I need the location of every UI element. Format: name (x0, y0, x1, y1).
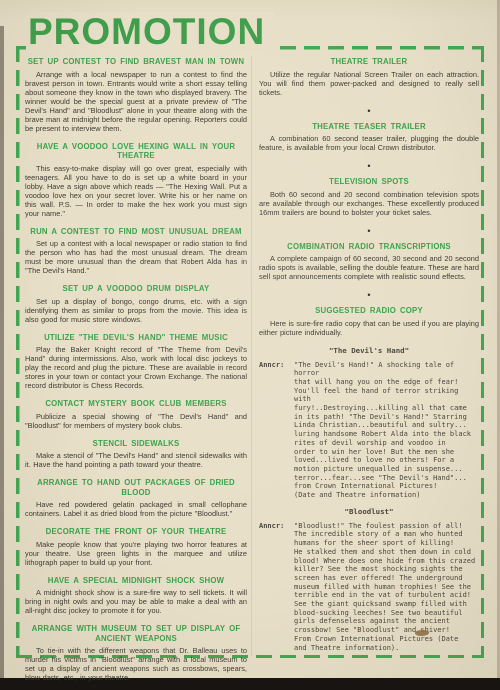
section-heading: UTILIZE "THE DEVIL'S HAND" THEME MUSIC (25, 333, 247, 343)
scan-left-edge (0, 26, 4, 678)
section-body: Arrange with a local newspaper to run a … (25, 70, 247, 133)
promo-section-radio-transcriptions: COMBINATION RADIO TRANSCRIPTIONS A compl… (259, 242, 479, 282)
radio-copy-devils-hand: "The Devil's Hand" Anncr: "The Devil's H… (259, 346, 479, 500)
section-body: A midnight shock show is a sure-fire way… (25, 588, 247, 615)
announcer-label: Anncr: (259, 522, 294, 653)
section-body: Both 60 second and 20 second combination… (259, 190, 479, 217)
promo-section-theme-music: UTILIZE "THE DEVIL'S HAND" THEME MUSIC P… (25, 333, 247, 391)
section-heading: SET UP CONTEST TO FIND BRAVEST MAN IN TO… (25, 57, 247, 67)
promo-section-voodoo-drum: SET UP A VOODOO DRUM DISPLAY Set up a di… (25, 284, 247, 324)
radio-copy-title: "Bloodlust" (259, 507, 479, 516)
section-heading: HAVE A SPECIAL MIDNIGHT SHOCK SHOW (25, 576, 247, 586)
promo-section-decorate-front: DECORATE THE FRONT OF YOUR THEATRE Make … (25, 527, 247, 567)
promo-section-book-club: CONTACT MYSTERY BOOK CLUB MEMBERS Public… (25, 399, 247, 430)
section-heading: HAVE A VOODOO LOVE HEXING WALL IN YOUR T… (25, 142, 247, 161)
section-body: A complete campaign of 60 second, 30 sec… (259, 254, 479, 281)
promo-section-midnight-show: HAVE A SPECIAL MIDNIGHT SHOCK SHOW A mid… (25, 576, 247, 616)
radio-copy-text: "The Devil's Hand!" A shocking tale of h… (294, 361, 479, 500)
section-heading: SUGGESTED RADIO COPY (259, 306, 479, 316)
radio-copy-title: "The Devil's Hand" (259, 346, 479, 355)
promo-section-unusual-dream: RUN A CONTEST TO FIND MOST UNUSUAL DREAM… (25, 227, 247, 276)
bullet-icon: • (259, 106, 479, 116)
pressbook-page: PROMOTION SET UP CONTEST TO FIND BRAVEST… (0, 0, 500, 678)
page-title: PROMOTION (26, 12, 274, 54)
promo-section-hexing-wall: HAVE A VOODOO LOVE HEXING WALL IN YOUR T… (25, 142, 247, 218)
section-heading: ARRANGE TO HAND OUT PACKAGES OF DRIED BL… (25, 478, 247, 497)
section-heading: THEATRE TRAILER (259, 57, 479, 67)
promo-section-theatre-trailer: THEATRE TRAILER Utilize the regular Nati… (259, 57, 479, 97)
right-column: THEATRE TRAILER Utilize the regular Nati… (259, 57, 479, 652)
section-body: Set up a display of bongo, congo drums, … (25, 297, 247, 324)
section-body: Set up a contest with a local newspaper … (25, 239, 247, 275)
promo-section-museum-weapons: ARRANGE WITH MUSEUM TO SET UP DISPLAY OF… (25, 624, 247, 682)
section-heading: RUN A CONTEST TO FIND MOST UNUSUAL DREAM (25, 227, 247, 237)
section-body: This easy-to-make display will go over g… (25, 164, 247, 218)
section-heading: SET UP A VOODOO DRUM DISPLAY (25, 284, 247, 294)
section-body: Make people know that you're playing two… (25, 540, 247, 567)
promo-section-dried-blood: ARRANGE TO HAND OUT PACKAGES OF DRIED BL… (25, 478, 247, 518)
section-body: Here is sure-fire radio copy that can be… (259, 319, 479, 337)
section-body: Make a stencil of "The Devil's Hand" and… (25, 451, 247, 469)
promo-section-television-spots: TELEVISION SPOTS Both 60 second and 20 s… (259, 177, 479, 217)
announcer-label: Anncr: (259, 361, 294, 500)
section-heading: COMBINATION RADIO TRANSCRIPTIONS (259, 242, 479, 252)
section-heading: DECORATE THE FRONT OF YOUR THEATRE (25, 527, 247, 537)
section-heading: STENCIL SIDEWALKS (25, 439, 247, 449)
bullet-icon: • (259, 161, 479, 171)
promo-section-stencil-sidewalks: STENCIL SIDEWALKS Make a stencil of "The… (25, 439, 247, 470)
section-body: A combination 60 second teaser trailer, … (259, 134, 479, 152)
promo-section-suggested-radio-copy: SUGGESTED RADIO COPY Here is sure-fire r… (259, 306, 479, 337)
section-body: Play the Baker Knight record of "The The… (25, 345, 247, 390)
section-body: Publicize a special showing of "The Devi… (25, 412, 247, 430)
bullet-icon: • (259, 226, 479, 236)
left-column: SET UP CONTEST TO FIND BRAVEST MAN IN TO… (25, 57, 247, 690)
section-heading: ARRANGE WITH MUSEUM TO SET UP DISPLAY OF… (25, 624, 247, 643)
section-body: To tie-in with the different weapons tha… (25, 646, 247, 682)
section-body: Have red powdered gelatin packaged in sm… (25, 500, 247, 518)
bullet-icon: • (259, 290, 479, 300)
section-heading: THEATRE TEASER TRAILER (259, 122, 479, 132)
promo-section-teaser-trailer: THEATRE TEASER TRAILER A combination 60 … (259, 122, 479, 153)
promo-section-bravest-man: SET UP CONTEST TO FIND BRAVEST MAN IN TO… (25, 57, 247, 133)
radio-copy-text: "Bloodlust!" The foulest passion of all!… (294, 522, 479, 653)
section-heading: CONTACT MYSTERY BOOK CLUB MEMBERS (25, 399, 247, 409)
section-body: Utilize the regular National Screen Trai… (259, 70, 479, 97)
section-heading: TELEVISION SPOTS (259, 177, 479, 187)
radio-copy-bloodlust: "Bloodlust" Anncr: "Bloodlust!" The foul… (259, 507, 479, 653)
